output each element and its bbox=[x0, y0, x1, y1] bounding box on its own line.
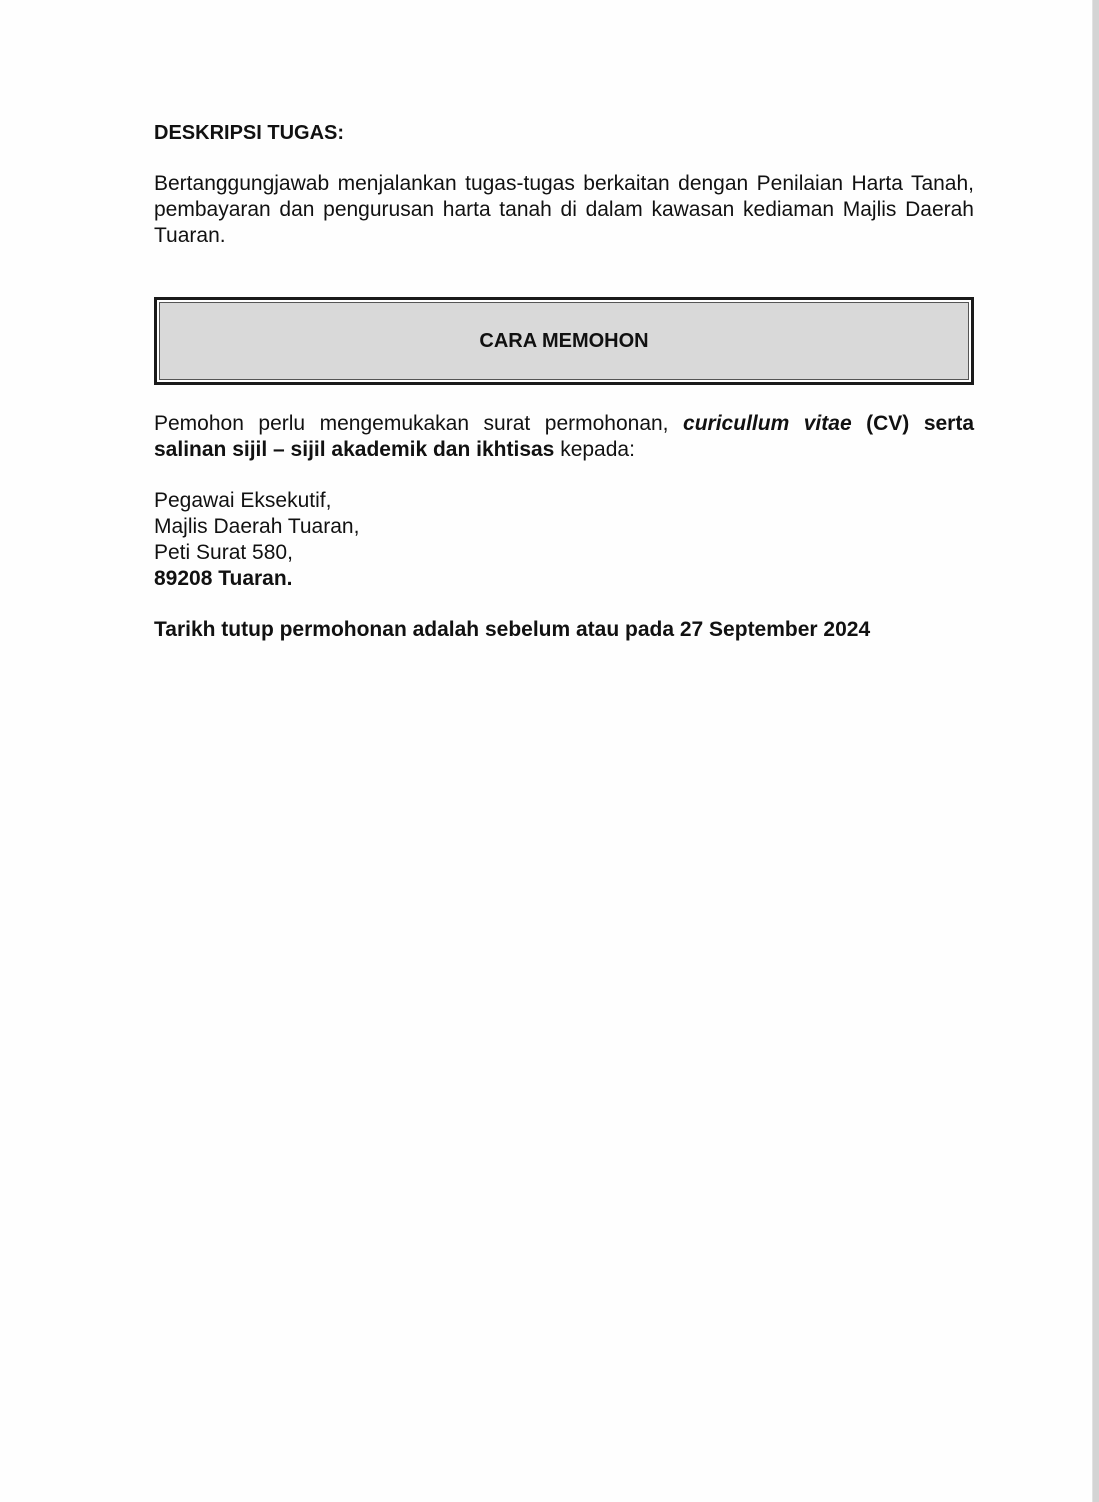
page-edge bbox=[1092, 0, 1099, 1502]
cv-term: curicullum vitae bbox=[683, 412, 852, 435]
job-description-heading: DESKRIPSI TUGAS: bbox=[154, 120, 344, 146]
address-line-organisation: Majlis Daerah Tuaran, bbox=[154, 514, 359, 540]
application-instructions: Pemohon perlu mengemukakan surat permoho… bbox=[154, 411, 974, 463]
how-to-apply-banner: CARA MEMOHON bbox=[154, 297, 974, 385]
address-line-postcode: 89208 Tuaran. bbox=[154, 566, 359, 592]
mailing-address: Pegawai Eksekutif, Majlis Daerah Tuaran,… bbox=[154, 488, 359, 592]
job-description-text: Bertanggungjawab menjalankan tugas-tugas… bbox=[154, 171, 974, 249]
closing-date-notice: Tarikh tutup permohonan adalah sebelum a… bbox=[154, 617, 870, 643]
application-intro: Pemohon perlu mengemukakan surat permoho… bbox=[154, 412, 683, 435]
address-line-po-box: Peti Surat 580, bbox=[154, 540, 359, 566]
application-tail: kepada: bbox=[554, 438, 635, 461]
how-to-apply-title: CARA MEMOHON bbox=[159, 302, 969, 380]
address-line-recipient: Pegawai Eksekutif, bbox=[154, 488, 359, 514]
